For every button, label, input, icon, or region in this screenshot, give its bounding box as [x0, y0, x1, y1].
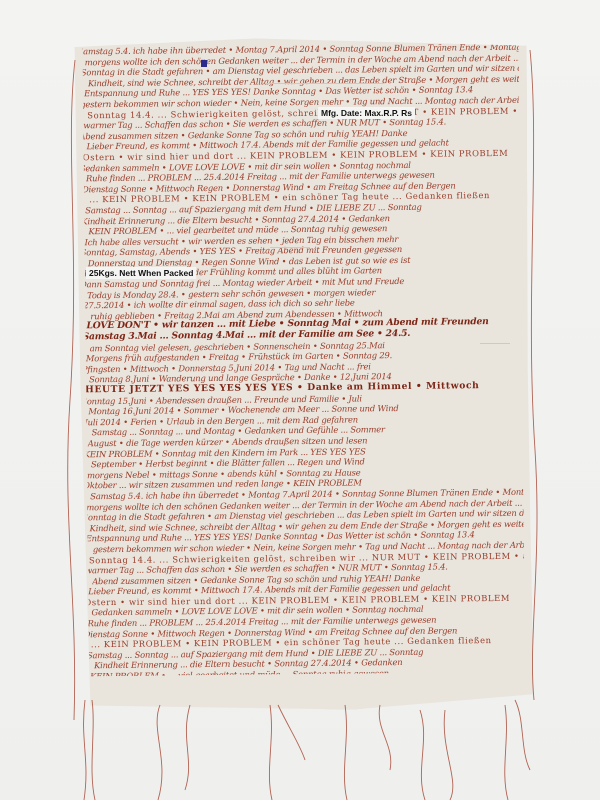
loose-threads [0, 0, 600, 800]
